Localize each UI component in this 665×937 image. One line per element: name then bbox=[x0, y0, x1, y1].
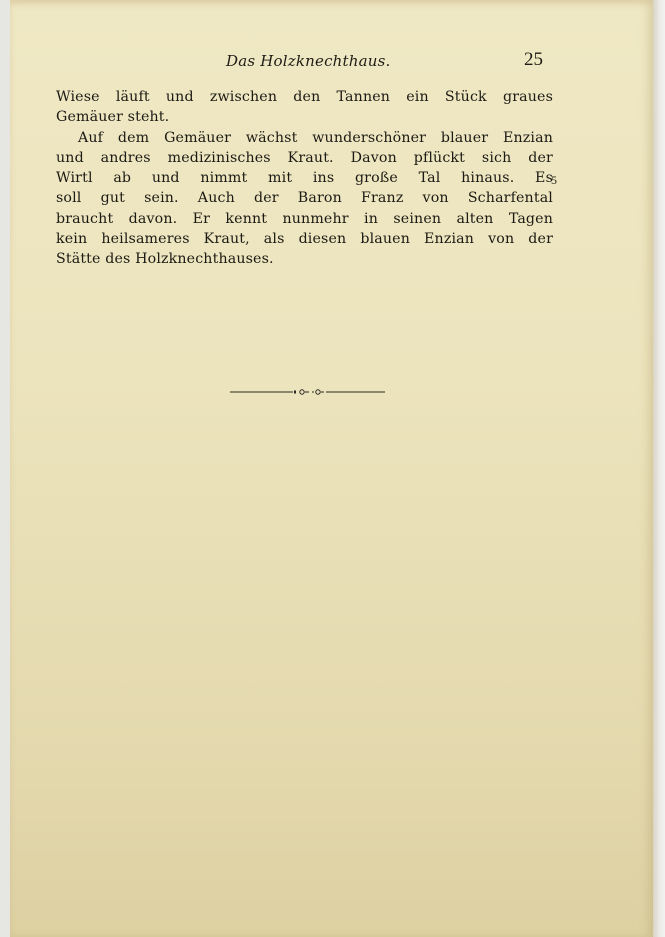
body-text: Wiese läuft und zwischen den Tannen ein … bbox=[56, 87, 553, 270]
book-page: Das Holzknechthaus. 25 Wiese läuft und z… bbox=[10, 0, 653, 937]
text-line: braucht davon. Er kennt nunmehr in seine… bbox=[56, 209, 553, 229]
text-line: Stätte des Holzknechthauses. bbox=[56, 249, 553, 269]
margin-line-number: 5 bbox=[551, 173, 557, 188]
text-line: Gemäuer steht. bbox=[56, 107, 553, 127]
page-header: Das Holzknechthaus. 25 bbox=[10, 50, 653, 76]
text-line: kein heilsameres Kraut, als diesen blaue… bbox=[56, 229, 553, 249]
text-line: soll gut sein. Auch der Baron Franz von … bbox=[56, 188, 553, 208]
text-line: und andres medizinisches Kraut. Davon pf… bbox=[56, 148, 553, 168]
page-edge bbox=[653, 0, 665, 937]
page-number: 25 bbox=[524, 49, 543, 71]
section-end-ornament-icon bbox=[230, 387, 385, 397]
text-line: Wiese läuft und zwischen den Tannen ein … bbox=[56, 87, 553, 107]
running-title: Das Holzknechthaus. bbox=[226, 52, 391, 70]
text-line: Auf dem Gemäuer wächst wunderschöner bla… bbox=[56, 128, 553, 148]
text-line: Wirtl ab und nimmt mit ins große Tal hin… bbox=[56, 168, 553, 188]
